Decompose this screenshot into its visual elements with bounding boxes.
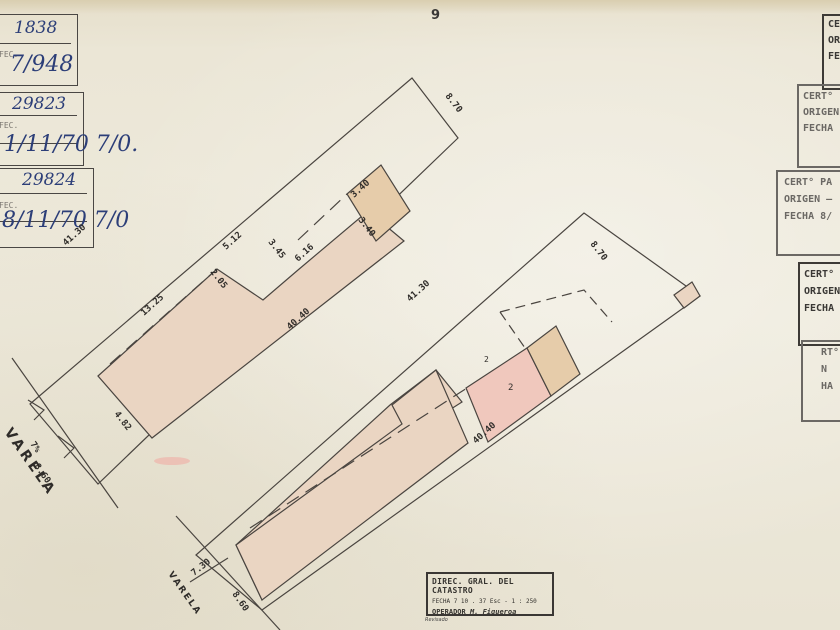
operador-label: OPERADOR (432, 608, 466, 616)
dim-13-25: 13.25 (139, 293, 166, 319)
fecha-label: FECHA (432, 598, 450, 605)
red-smudge (154, 457, 190, 465)
dim-back-lower: 8.70 (588, 240, 609, 263)
catastro-operador-row: OPERADOR M. Figueroa (432, 608, 548, 616)
fecha-value: 7 10 . 37 (454, 598, 487, 605)
dim-3-45: 3.45 (266, 238, 287, 261)
signature: Revisado (425, 617, 448, 623)
lower-lot (176, 213, 700, 630)
dim-side-upper: 41.30 (61, 223, 88, 249)
street-name-upper: VARELA (1, 425, 59, 499)
catastro-fecha-row: FECHA 7 10 . 37 Esc - 1 : 250 (432, 598, 548, 605)
cadastral-plan-drawing: 41.30 8.70 13.25 5.12 3.45 6.16 3.40 3.4… (0, 0, 840, 630)
escala-value: Esc - 1 : 250 (490, 598, 537, 605)
dim-back-upper: 8.70 (443, 92, 464, 115)
dim-5-12: 5.12 (221, 230, 244, 252)
unit-label-1: 2 (484, 355, 489, 364)
dim-side-lower: 41.30 (405, 279, 432, 305)
unit-label-2: 2 (508, 383, 513, 393)
catastro-title: DIREC. GRAL. DEL CATASTRO (432, 577, 548, 595)
operador-value: M. Figueroa (470, 608, 516, 616)
catastro-stamp: DIREC. GRAL. DEL CATASTRO FECHA 7 10 . 3… (426, 572, 554, 616)
